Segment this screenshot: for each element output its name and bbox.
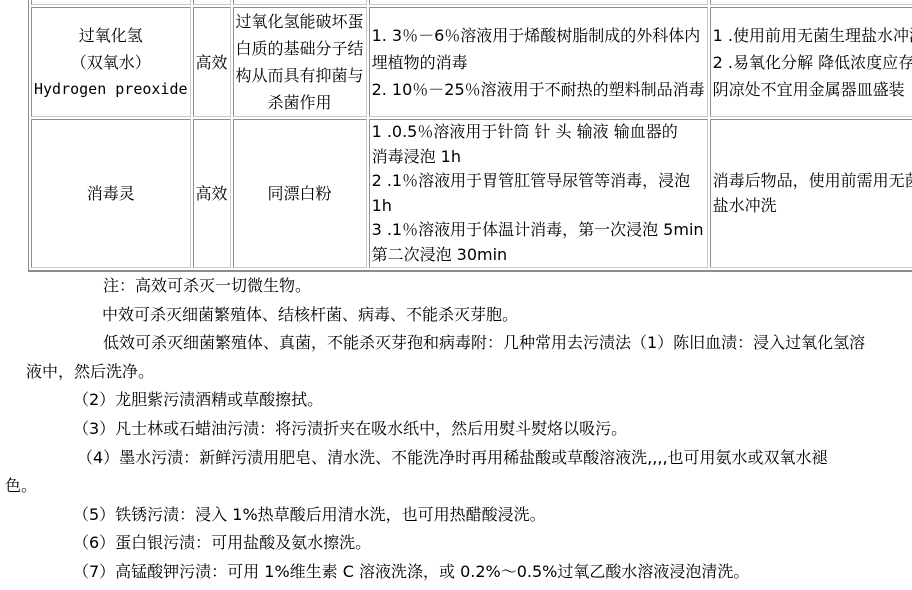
note-line: （7）高锰酸钾污渍：可用 1%维生素 C 溶液洗涤，或 0.2%～0.5%过氧乙…: [0, 558, 912, 587]
cell-efficacy: 高效: [193, 119, 231, 268]
note-line: （2）龙胆紫污渍酒精或草酸擦拭。: [0, 386, 912, 415]
disinfectant-table-wrapper: 过氧化氢 （双氧水） Hydrogen preoxide 高效 过氧化氢能破坏蛋…: [28, 0, 912, 272]
cell-usage: 1. 3％－6％溶液用于烯酸树脂制成的外科体内 埋植物的消毒 2. 10％－25…: [369, 7, 708, 117]
table-row-clipped: [31, 0, 912, 5]
note-line: （3）凡士林或石蜡油污渍：将污渍折夹在吸水纸中，然后用熨斗熨烙以吸污。: [0, 415, 912, 444]
note-line: 低效可杀灭细菌繁殖体、真菌，不能杀灭芽孢和病毒附：几种常用去污渍法（1）陈旧血渍…: [0, 329, 912, 358]
cell-name: 过氧化氢 （双氧水） Hydrogen preoxide: [31, 7, 191, 117]
note-line: 中效可杀灭细菌繁殖体、结核杆菌、病毒、不能杀灭芽胞。: [0, 301, 912, 330]
clipped-cell: [193, 0, 231, 5]
clipped-cell: [31, 0, 191, 5]
cell-mechanism: 同漂白粉: [233, 119, 367, 268]
mechanism-text: 杀菌作用: [236, 89, 364, 116]
usage-text: 1. 3％－6％溶液用于烯酸树脂制成的外科体内: [372, 22, 705, 49]
agent-name: 消毒灵: [34, 180, 188, 207]
precaution-text: 2 .易氧化分解 降低浓度应存于: [713, 49, 912, 76]
clipped-cell: [710, 0, 912, 5]
precaution-text: 阴凉处不宜用金属器皿盛装: [713, 76, 912, 103]
efficacy-level: 高效: [196, 180, 228, 207]
usage-text: 消毒浸泡 1h: [372, 145, 705, 170]
agent-name: 过氧化氢: [34, 22, 188, 49]
clipped-cell: [369, 0, 708, 5]
cell-precautions: 1 .使用前用无菌生理盐水冲洗 2 .易氧化分解 降低浓度应存于 阴凉处不宜用金…: [710, 7, 912, 117]
cell-name: 消毒灵: [31, 119, 191, 268]
usage-text: 3 .1％溶液用于体温计消毒，第一次浸泡 5min: [372, 218, 705, 243]
efficacy-level: 高效: [196, 49, 228, 76]
cell-mechanism: 过氧化氢能破坏蛋 白质的基础分子结 构从而具有抑菌与 杀菌作用: [233, 7, 367, 117]
cell-usage: 1 .0.5％溶液用于针筒 针 头 输液 输血器的 消毒浸泡 1h 2 .1％溶…: [369, 119, 708, 268]
usage-text: 1h: [372, 194, 705, 219]
mechanism-text: 过氧化氢能破坏蛋: [236, 8, 364, 35]
note-line: （5）铁锈污渍：浸入 1%热草酸后用清水洗，也可用热醋酸浸洗。: [0, 501, 912, 530]
document-page: 过氧化氢 （双氧水） Hydrogen preoxide 高效 过氧化氢能破坏蛋…: [0, 0, 912, 590]
note-line: 色。: [0, 472, 912, 501]
clipped-cell: [233, 0, 367, 5]
cell-precautions: 消毒后物品，使用前需用无菌生理 盐水冲洗: [710, 119, 912, 268]
table-row-hydrogen-peroxide: 过氧化氢 （双氧水） Hydrogen preoxide 高效 过氧化氢能破坏蛋…: [31, 7, 912, 117]
mechanism-text: 白质的基础分子结: [236, 35, 364, 62]
cell-efficacy: 高效: [193, 7, 231, 117]
agent-english-name: Hydrogen preoxide: [34, 76, 188, 103]
precaution-text: 1 .使用前用无菌生理盐水冲洗: [713, 22, 912, 49]
usage-text: 1 .0.5％溶液用于针筒 针 头 输液 输血器的: [372, 120, 705, 145]
note-line: （4）墨水污渍：新鲜污渍用肥皂、清水洗、不能洗净时再用稀盐酸或草酸溶液洗,,,,…: [0, 444, 912, 473]
note-line: 液中，然后洗净。: [0, 358, 912, 387]
disinfectant-table: 过氧化氢 （双氧水） Hydrogen preoxide 高效 过氧化氢能破坏蛋…: [28, 0, 912, 272]
usage-text: 第二次浸泡 30min: [372, 243, 705, 268]
agent-alias: （双氧水）: [34, 49, 188, 76]
mechanism-text: 构从而具有抑菌与: [236, 62, 364, 89]
note-line: 注：高效可杀灭一切微生物。: [0, 272, 912, 301]
notes-section: 注：高效可杀灭一切微生物。 中效可杀灭细菌繁殖体、结核杆菌、病毒、不能杀灭芽胞。…: [0, 272, 912, 587]
usage-text: 埋植物的消毒: [372, 49, 705, 76]
usage-text: 2 .1％溶液用于胃管肛管导尿管等消毒，浸泡: [372, 169, 705, 194]
table-row-xiaoduling: 消毒灵 高效 同漂白粉 1 .0.5％溶液用于针筒 针 头 输液 输血器的 消毒…: [31, 119, 912, 268]
precaution-text: 消毒后物品，使用前需用无菌生理: [713, 169, 912, 194]
usage-text: 2. 10％－25％溶液用于不耐热的塑料制品消毒: [372, 76, 705, 103]
mechanism-text: 同漂白粉: [236, 180, 364, 207]
precaution-text: 盐水冲洗: [713, 194, 912, 219]
note-line: （6）蛋白银污渍：可用盐酸及氨水擦洗。: [0, 529, 912, 558]
